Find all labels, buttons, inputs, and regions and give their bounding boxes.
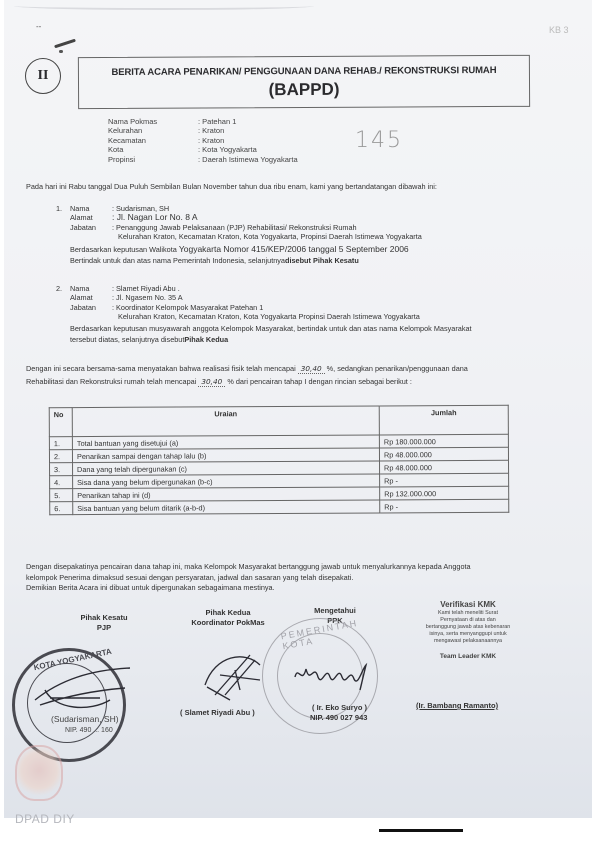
cell-jumlah: Rp 48.000.000 xyxy=(380,460,509,474)
name-ppk: ( Ir. Eko Suryo ) xyxy=(312,703,367,712)
title-box: BERITA ACARA PENARIKAN/ PENGGUNAAN DANA … xyxy=(78,55,530,109)
name-pokmas: ( Slamet Riyadi Abu ) xyxy=(180,708,255,717)
watermark-text: DPAD DIY xyxy=(15,812,75,826)
cell-jumlah: Rp 48.000.000 xyxy=(379,447,508,461)
page-mark: KB 3 xyxy=(549,25,569,35)
title-line2: (BAPPD) xyxy=(79,79,529,101)
verification-kmk: Verifikasi KMK Kami telah meneliti Surat… xyxy=(413,599,523,660)
physical-percentage: 30,40 xyxy=(298,364,325,374)
party-1: 1.Nama: Sudarisman, SH Alamat: Jl. Nagan… xyxy=(56,204,422,265)
name-kmk: (Ir. Bambang Ramanto) xyxy=(416,701,498,710)
cell-no: 1. xyxy=(49,437,72,450)
section-number-badge: II xyxy=(25,58,61,94)
signature-pihak-kedua: Pihak Kedua Koordinator PokMas xyxy=(178,608,278,628)
financial-percentage: 30,40 xyxy=(198,377,225,387)
statement-line2: Rehabilitasi dan Rekonstruksi rumah tela… xyxy=(26,377,412,386)
cell-no: 2. xyxy=(49,450,72,463)
title-line1: BERITA ACARA PENARIKAN/ PENGGUNAAN DANA … xyxy=(79,65,529,78)
signature-pihak-kesatu: Pihak Kesatu PJP xyxy=(64,613,144,633)
table-row: 6.Sisa bantuan yang belum ditarik (a-b-d… xyxy=(50,499,509,514)
ink-mark xyxy=(54,39,76,49)
disbursement-table: No Uraian Jumlah 1.Total bantuan yang di… xyxy=(49,405,510,515)
info-row: Kota: Kota Yogyakarta xyxy=(108,145,298,154)
nip-ppk: NIP. 490 027 943 xyxy=(310,713,367,722)
pokmas-info: Nama Pokmas: Patehan 1 Kelurahan: Kraton… xyxy=(108,117,298,164)
ink-dot xyxy=(59,50,63,53)
table-header: No Uraian Jumlah xyxy=(49,405,508,436)
scan-streak xyxy=(14,2,314,10)
info-row: Nama Pokmas: Patehan 1 xyxy=(108,117,298,126)
intro-paragraph: Pada hari ini Rabu tanggal Dua Puluh Sem… xyxy=(26,182,437,191)
cell-jumlah: Rp 132.000.000 xyxy=(380,486,509,500)
mark-dash: -- xyxy=(36,22,41,31)
cell-no: 4. xyxy=(50,476,73,489)
dpad-emblem-watermark xyxy=(15,745,63,801)
cell-no: 3. xyxy=(50,463,73,476)
info-row: Kecamatan: Kraton xyxy=(108,136,298,145)
name-pjp: (Sudarisman, SH) xyxy=(51,714,119,724)
info-row: Kelurahan: Kraton xyxy=(108,126,298,135)
cell-jumlah: Rp - xyxy=(380,499,509,513)
cell-no: 6. xyxy=(50,502,73,515)
bottom-bar xyxy=(379,829,463,832)
nip-pjp: NIP. 490 ... 160 xyxy=(65,727,113,734)
signature-scribble-pjp xyxy=(30,660,140,720)
cell-jumlah: Rp 180.000.000 xyxy=(379,434,508,448)
cell-no: 5. xyxy=(50,489,73,502)
statement-line1: Dengan ini secara bersama-sama menyataka… xyxy=(26,364,468,373)
handwritten-number: 145 xyxy=(355,128,403,153)
info-row: Propinsi: Daerah Istimewa Yogyakarta xyxy=(108,155,298,164)
cell-uraian: Sisa bantuan yang belum ditarik (a-b-d) xyxy=(73,500,380,515)
party-2: 2.Nama: Slamet Riyadi Abu . Alamat: Jl. … xyxy=(56,284,472,344)
signature-scribble-ppk xyxy=(290,655,380,700)
signature-scribble-pokmas xyxy=(195,645,275,705)
cell-jumlah: Rp - xyxy=(380,473,509,487)
closing-paragraph: Dengan disepakatinya pencairan dana taha… xyxy=(26,562,471,594)
